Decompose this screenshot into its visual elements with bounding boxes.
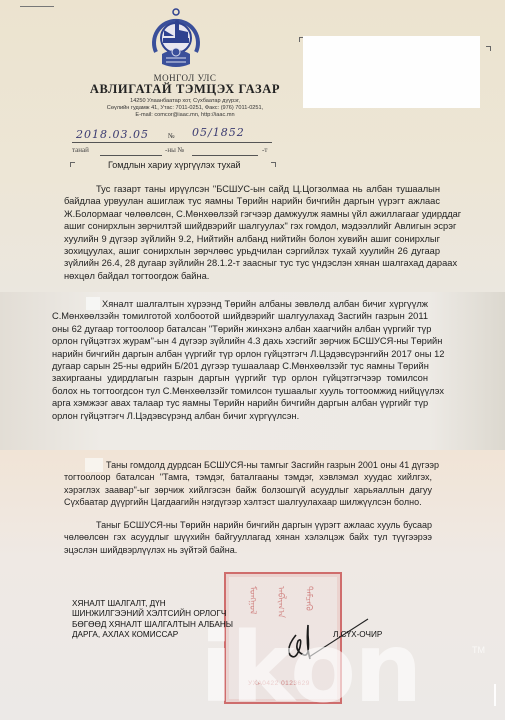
text-line: Ж.Болормааг чөлөөлсөн, С.Мөнхөөлзэй гэгч… [64, 208, 440, 220]
your-reference-line: танай -ны № -т [72, 146, 272, 158]
text-line: болох нь тогтоогдсон тул С.Мөнхөөлзэйг т… [52, 385, 428, 397]
text-line: ашиг сонирхлын зөрчилтэй шийдвэрийг шалг… [64, 220, 440, 232]
corner-mark [486, 46, 491, 51]
registration-line: 2018.03.05 № 05/1852 [72, 129, 272, 144]
text-line: нарийн бичгийн даргын албан үүргийг түр … [52, 348, 428, 360]
scan-mark [20, 6, 54, 7]
your-ref-suffix: -т [262, 146, 267, 154]
text-line: Таны гомдолд дурдсан БСШУСЯ-ны тамгыг За… [106, 460, 439, 470]
paragraph-2: Хяналт шалгалтын хүрээнд Төрийн албаны з… [52, 298, 428, 422]
watermark-bar [494, 684, 496, 706]
your-ref-label: танай [72, 146, 89, 154]
text-line: оны 62 дугаар тогтоолоор баталсан "Төрий… [52, 323, 428, 335]
text-line: зүйлийн 26.4, 28 дугаар зүйлийн 28.1.2-т… [64, 257, 440, 269]
text-line: Тус газарт таны ирүүлсэн "БСШУС-ын сайд … [96, 184, 440, 194]
your-ref-date-blank [100, 155, 162, 156]
text-line: байдлаа урвуулан ашиглаж тус яамны Төрий… [64, 195, 440, 207]
organization-name: АВЛИГАТАЙ ТЭМЦЭХ ГАЗАР [80, 82, 290, 97]
text-line: тогтоолоор баталсан "Тамга, тэмдэг, бата… [64, 471, 432, 483]
text-line: захиргааны удирдлагын газрын даргын үүрг… [52, 372, 428, 384]
underline [72, 142, 272, 143]
number-label: № [168, 132, 175, 140]
letter-date: 2018.03.05 [76, 128, 149, 141]
text-line: нөхцөл байдал тогтоогдож байна. [64, 270, 440, 282]
watermark-trademark: TM [472, 645, 485, 655]
letter-number: 05/1852 [192, 126, 245, 139]
title-line: ХЯНАЛТ ШАЛГАЛТ, ДҮН [72, 599, 233, 609]
your-ref-number-blank [192, 155, 258, 156]
text-line: Хяналт шалгалтын хүрээнд Төрийн албаны з… [102, 299, 428, 309]
paragraph-4: Таныг БСШУСЯ-ны Төрийн нарийн бичгийн да… [64, 519, 432, 556]
paragraph-1: Тус газарт таны ирүүлсэн "БСШУС-ын сайд … [64, 183, 440, 282]
text-line: орлон гүйцэтгэгч Л.Цэдэвсүрэнд албан бич… [52, 410, 428, 422]
text-line: хуулийн 9 дүгээр зүйлийн 9.2, Нийтийн ал… [64, 233, 440, 245]
text-line: орлон гүйцэтгэх журам"-ын 4 дүгээр зүйли… [52, 335, 428, 347]
corner-mark [271, 162, 276, 167]
corner-mark [70, 162, 75, 167]
text-line: Таныг БСШУСЯ-ны Төрийн нарийн бичгийн да… [96, 520, 432, 530]
text-line: хэрэглэх заавар"-ыг зөрчиж хийлгэсэн бай… [64, 484, 432, 496]
subject-text: Гомдлын хариу хүргүүлэх тухай [108, 160, 241, 170]
address-line: E-mail: comcor@iaac.mn, http://iaac.mn [62, 112, 308, 119]
text-line: С.Мөнхөөлзэйн томилготой холбоотой шийдв… [52, 310, 428, 322]
your-ref-number-label: -ны № [165, 146, 184, 154]
text-line: зохицуулах, ашиг сонирхлын зөрчлөөс урьд… [64, 245, 440, 257]
state-emblem-icon [148, 8, 204, 74]
text-line: Сүхбаатар дүүргийн Цагдаагийн нэгдүгээр … [64, 496, 432, 508]
text-line: дугаар сарын 25-ны өдрийн Б/201 дүгээр т… [52, 360, 428, 372]
text-line: чөлөөлсөн гэх асуудлыг шүүхийн байгуулла… [64, 531, 432, 543]
paragraph-3: Таны гомдолд дурдсан БСШУСЯ-ны тамгыг За… [64, 459, 432, 509]
recipient-address-redacted [303, 36, 480, 108]
organization-address: 14250 Улаанбаатар хот, Сүхбаатар дүүрэг,… [62, 98, 308, 120]
text-line: арга хэмжээг авах талаар тус яамны Төрий… [52, 397, 428, 409]
letter-subject: Гомдлын хариу хүргүүлэх тухай [70, 160, 276, 174]
address-line: Сөүлийн гудамж 41, Утас: 7011-0251, Факс… [62, 105, 308, 112]
text-line: эцэслэн шийдвэрлүүлэх нь зүйтэй байна. [64, 544, 432, 556]
watermark-logo: ikon [200, 620, 420, 716]
